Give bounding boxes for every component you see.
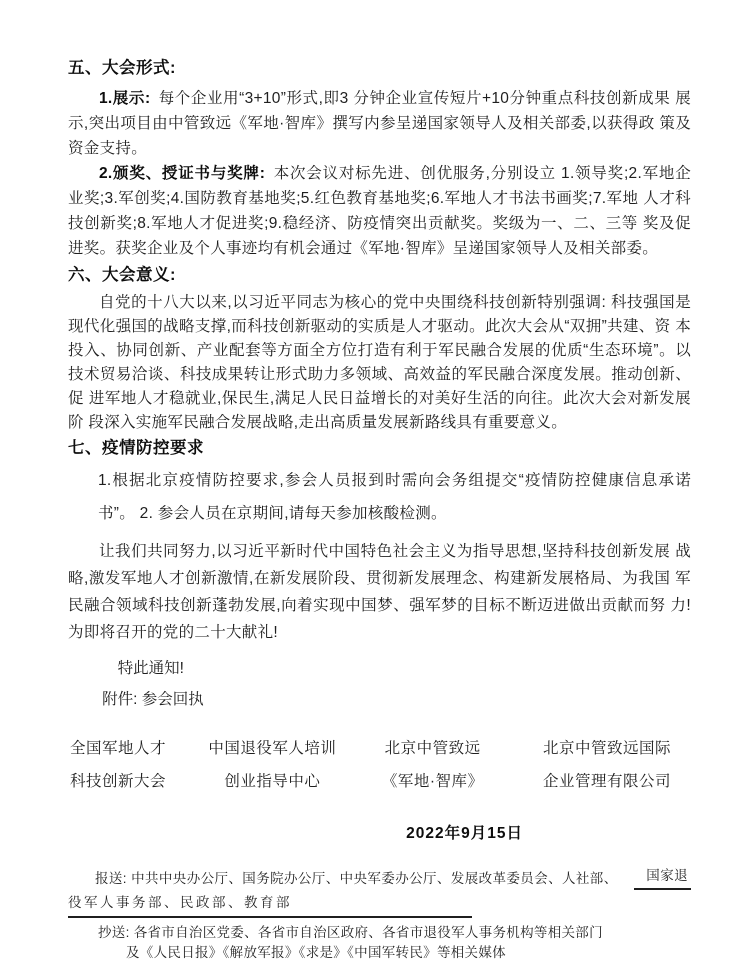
copy-to-block: 抄送: 各省市自治区党委、各省市自治区政府、各省市退役军人事务机构等相关部门 及…: [68, 923, 691, 963]
section5-paragraph-1: 1.展示:每个企业用“3+10”形式,即3 分钟企业宣传短片+10分钟重点科技创…: [68, 86, 691, 161]
section5-paragraph-2: 2.颁奖、授证书与奖牌:本次会议对标先进、创优服务,分别设立 1.领导奖;2.军…: [68, 161, 691, 261]
section7-heading: 七、疫情防控要求: [68, 437, 691, 460]
section5-paragraph-1-text: 每个企业用“3+10”形式,即3 分钟企业宣传短片+10分钟重点科技创新成果 展…: [68, 90, 691, 157]
signature-org1-line1: 全国军地人才: [68, 732, 168, 765]
submit-to-line-2: 役军人事务部、民政部、教育部: [68, 891, 691, 918]
section7-paragraph: 1.根据北京疫情防控要求,参会人员报到时需向会务组提交“疫情防控健康信息承诺书”…: [68, 464, 691, 530]
signature-row-2: 科技创新大会 创业指导中心 《军地·智库》 企业管理有限公司: [68, 765, 691, 798]
signature-org3-line1: 北京中管致远: [377, 732, 489, 765]
copy-to-line-2: 及《人民日报》《解放军报》《求是》《中国军转民》等相关媒体: [68, 943, 691, 963]
submit-to-line-2-underlined: 役军人事务部、民政部、教育部: [68, 891, 472, 918]
section5-paragraph-2-label: 2.颁奖、授证书与奖牌:: [99, 165, 265, 182]
signature-block: 全国军地人才 中国退役军人培训 北京中管致远 北京中管致远国际 科技创新大会 创…: [68, 732, 691, 798]
section5-heading: 五、大会形式:: [68, 57, 691, 80]
attachment-line: 附件: 参会回执: [68, 687, 691, 712]
section5-paragraph-1-label: 1.展示:: [99, 90, 150, 107]
submit-to-line-1: 报送: 中共中央办公厅、国务院办公厅、中央军委办公厅、发展改革委员会、人社部、 …: [68, 864, 691, 890]
signature-row-1: 全国军地人才 中国退役军人培训 北京中管致远 北京中管致远国际: [68, 732, 691, 765]
notice-line: 特此通知!: [68, 656, 691, 681]
signature-org4-line1: 北京中管致远国际: [523, 732, 691, 765]
document-page: 五、大会形式: 1.展示:每个企业用“3+10”形式,即3 分钟企业宣传短片+1…: [0, 0, 755, 966]
signature-org2-line1: 中国退役军人培训: [202, 732, 342, 765]
submit-to-line-1-text: 报送: 中共中央办公厅、国务院办公厅、中央军委办公厅、发展改革委员会、人社部、: [95, 867, 618, 890]
copy-to-line-1: 抄送: 各省市自治区党委、各省市自治区政府、各省市退役军人事务机构等相关部门: [68, 923, 691, 943]
section6-heading: 六、大会意义:: [68, 264, 691, 287]
signature-org2-line2: 创业指导中心: [202, 765, 342, 798]
submit-to-line-1-underlined-tail: 国家退: [634, 864, 691, 890]
section6-paragraph: 自党的十八大以来,以习近平同志为核心的党中央围绕科技创新特别强调: 科技强国是现…: [68, 291, 691, 435]
document-date: 2022年9月15日: [68, 822, 691, 846]
signature-org1-line2: 科技创新大会: [68, 765, 168, 798]
signature-org3-line2: 《军地·智库》: [377, 765, 489, 798]
closing-paragraph: 让我们共同努力,以习近平新时代中国特色社会主义为指导思想,坚持科技创新发展 战 …: [68, 538, 691, 646]
signature-org4-line2: 企业管理有限公司: [523, 765, 691, 798]
submit-to-block: 报送: 中共中央办公厅、国务院办公厅、中央军委办公厅、发展改革委员会、人社部、 …: [68, 864, 691, 918]
